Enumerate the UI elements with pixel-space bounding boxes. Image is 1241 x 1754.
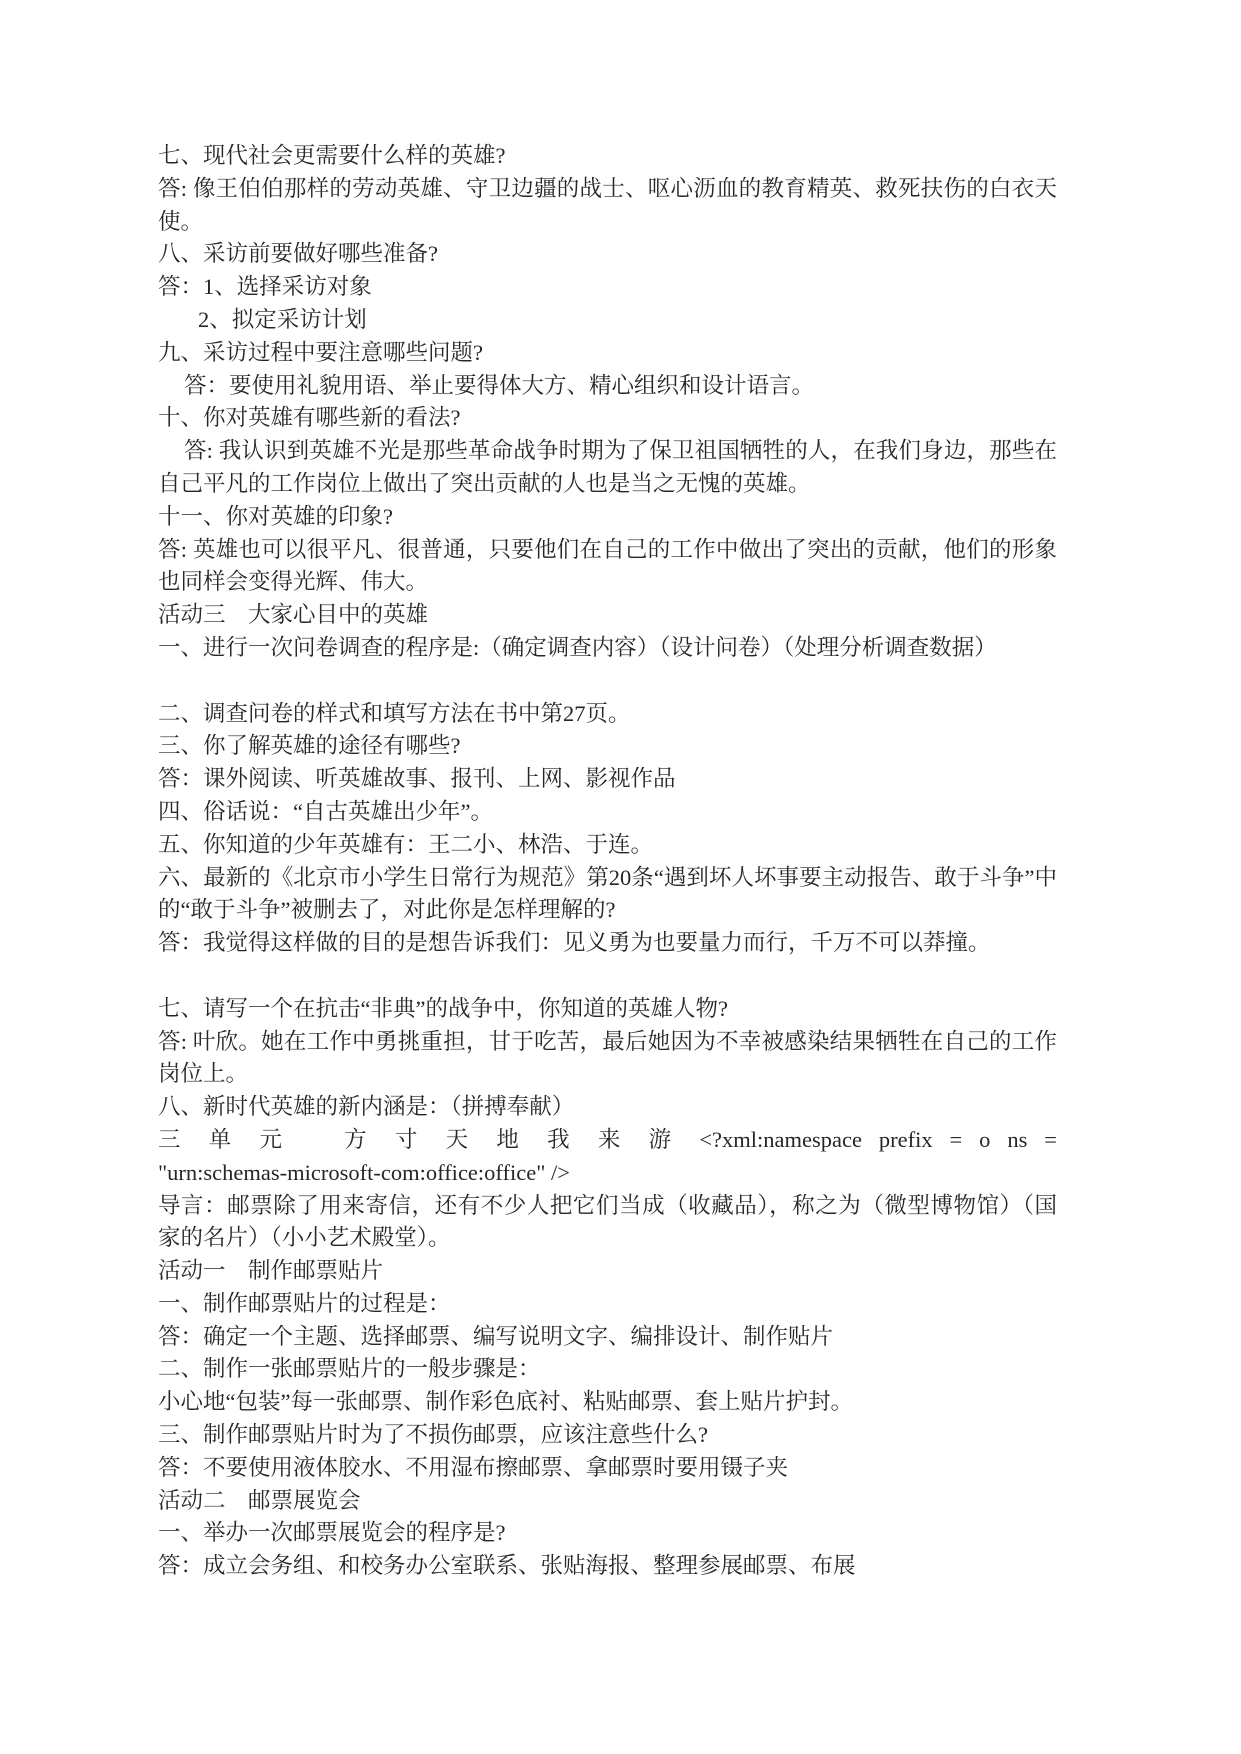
paragraph: 答：1、选择采访对象 (158, 271, 1057, 304)
paragraph: 二、制作一张邮票贴片的一般步骤是： (158, 1353, 1057, 1386)
blank-line (158, 960, 1057, 993)
paragraph: 活动一 制作邮票贴片 (158, 1255, 1057, 1288)
paragraph: 八、采访前要做好哪些准备? (158, 238, 1057, 271)
paragraph: 七、请写一个在抗击“非典”的战争中，你知道的英雄人物? (158, 993, 1057, 1026)
paragraph: 一、制作邮票贴片的过程是： (158, 1288, 1057, 1321)
paragraph: 四、俗话说：“自古英雄出少年”。 (158, 796, 1057, 829)
paragraph: 答：不要使用液体胶水、不用湿布擦邮票、拿邮票时要用镊子夹 (158, 1452, 1057, 1485)
paragraph: 答: 叶欣。她在工作中勇挑重担，甘于吃苦，最后她因为不幸被感染结果牺牲在自己的工… (158, 1026, 1057, 1092)
paragraph: 答：我觉得这样做的目的是想告诉我们：见义勇为也要量力而行，千万不可以莽撞。 (158, 927, 1057, 960)
paragraph: 九、采访过程中要注意哪些问题? (158, 337, 1057, 370)
paragraph: 一、举办一次邮票展览会的程序是? (158, 1517, 1057, 1550)
paragraph: 答：成立会务组、和校务办公室联系、张贴海报、整理参展邮票、布展 (158, 1550, 1057, 1583)
paragraph: 一、进行一次问卷调查的程序是:（确定调查内容）（设计问卷）（处理分析调查数据） (158, 632, 1057, 665)
paragraph: 答: 我认识到英雄不光是那些革命战争时期为了保卫祖国牺牲的人，在我们身边，那些在… (158, 435, 1057, 501)
paragraph: 答：确定一个主题、选择邮票、编写说明文字、编排设计、制作贴片 (158, 1321, 1057, 1354)
paragraph: 答: 英雄也可以很平凡、很普通，只要他们在自己的工作中做出了突出的贡献，他们的形… (158, 534, 1057, 600)
paragraph: 三、你了解英雄的途径有哪些? (158, 730, 1057, 763)
paragraph: 十一、你对英雄的印象? (158, 501, 1057, 534)
paragraph: 活动二 邮票展览会 (158, 1485, 1057, 1518)
paragraph: 导言：邮票除了用来寄信，还有不少人把它们当成（收藏品），称之为（微型博物馆）（国… (158, 1190, 1057, 1256)
paragraph: 活动三 大家心目中的英雄 (158, 599, 1057, 632)
paragraph: 七、现代社会更需要什么样的英雄? (158, 140, 1057, 173)
document-page: 七、现代社会更需要什么样的英雄?答: 像王伯伯那样的劳动英雄、守卫边疆的战士、呕… (0, 0, 1241, 1754)
paragraph: 十、你对英雄有哪些新的看法? (158, 402, 1057, 435)
document-body: 七、现代社会更需要什么样的英雄?答: 像王伯伯那样的劳动英雄、守卫边疆的战士、呕… (158, 140, 1057, 1583)
blank-line (158, 665, 1057, 698)
paragraph: 六、最新的《北京市小学生日常行为规范》第20条“遇到坏人坏事要主动报告、敢于斗争… (158, 862, 1057, 928)
paragraph: 三 单 元 方 寸 天 地 我 来 游 <?xml:namespace pref… (158, 1124, 1057, 1157)
paragraph: 小心地“包装”每一张邮票、制作彩色底衬、粘贴邮票、套上贴片护封。 (158, 1386, 1057, 1419)
paragraph: 八、新时代英雄的新内涵是：（拼搏奉献） (158, 1091, 1057, 1124)
paragraph: 二、调查问卷的样式和填写方法在书中第27页。 (158, 698, 1057, 731)
paragraph: 答: 像王伯伯那样的劳动英雄、守卫边疆的战士、呕心沥血的教育精英、救死扶伤的白衣… (158, 173, 1057, 239)
paragraph: 答：课外阅读、听英雄故事、报刊、上网、影视作品 (158, 763, 1057, 796)
paragraph: "urn:schemas-microsoft-com:office:office… (158, 1157, 1057, 1190)
paragraph: 三、制作邮票贴片时为了不损伤邮票，应该注意些什么? (158, 1419, 1057, 1452)
paragraph: 答：要使用礼貌用语、举止要得体大方、精心组织和设计语言。 (158, 370, 1057, 403)
paragraph: 2、拟定采访计划 (158, 304, 1057, 337)
paragraph: 五、你知道的少年英雄有：王二小、林浩、于连。 (158, 829, 1057, 862)
